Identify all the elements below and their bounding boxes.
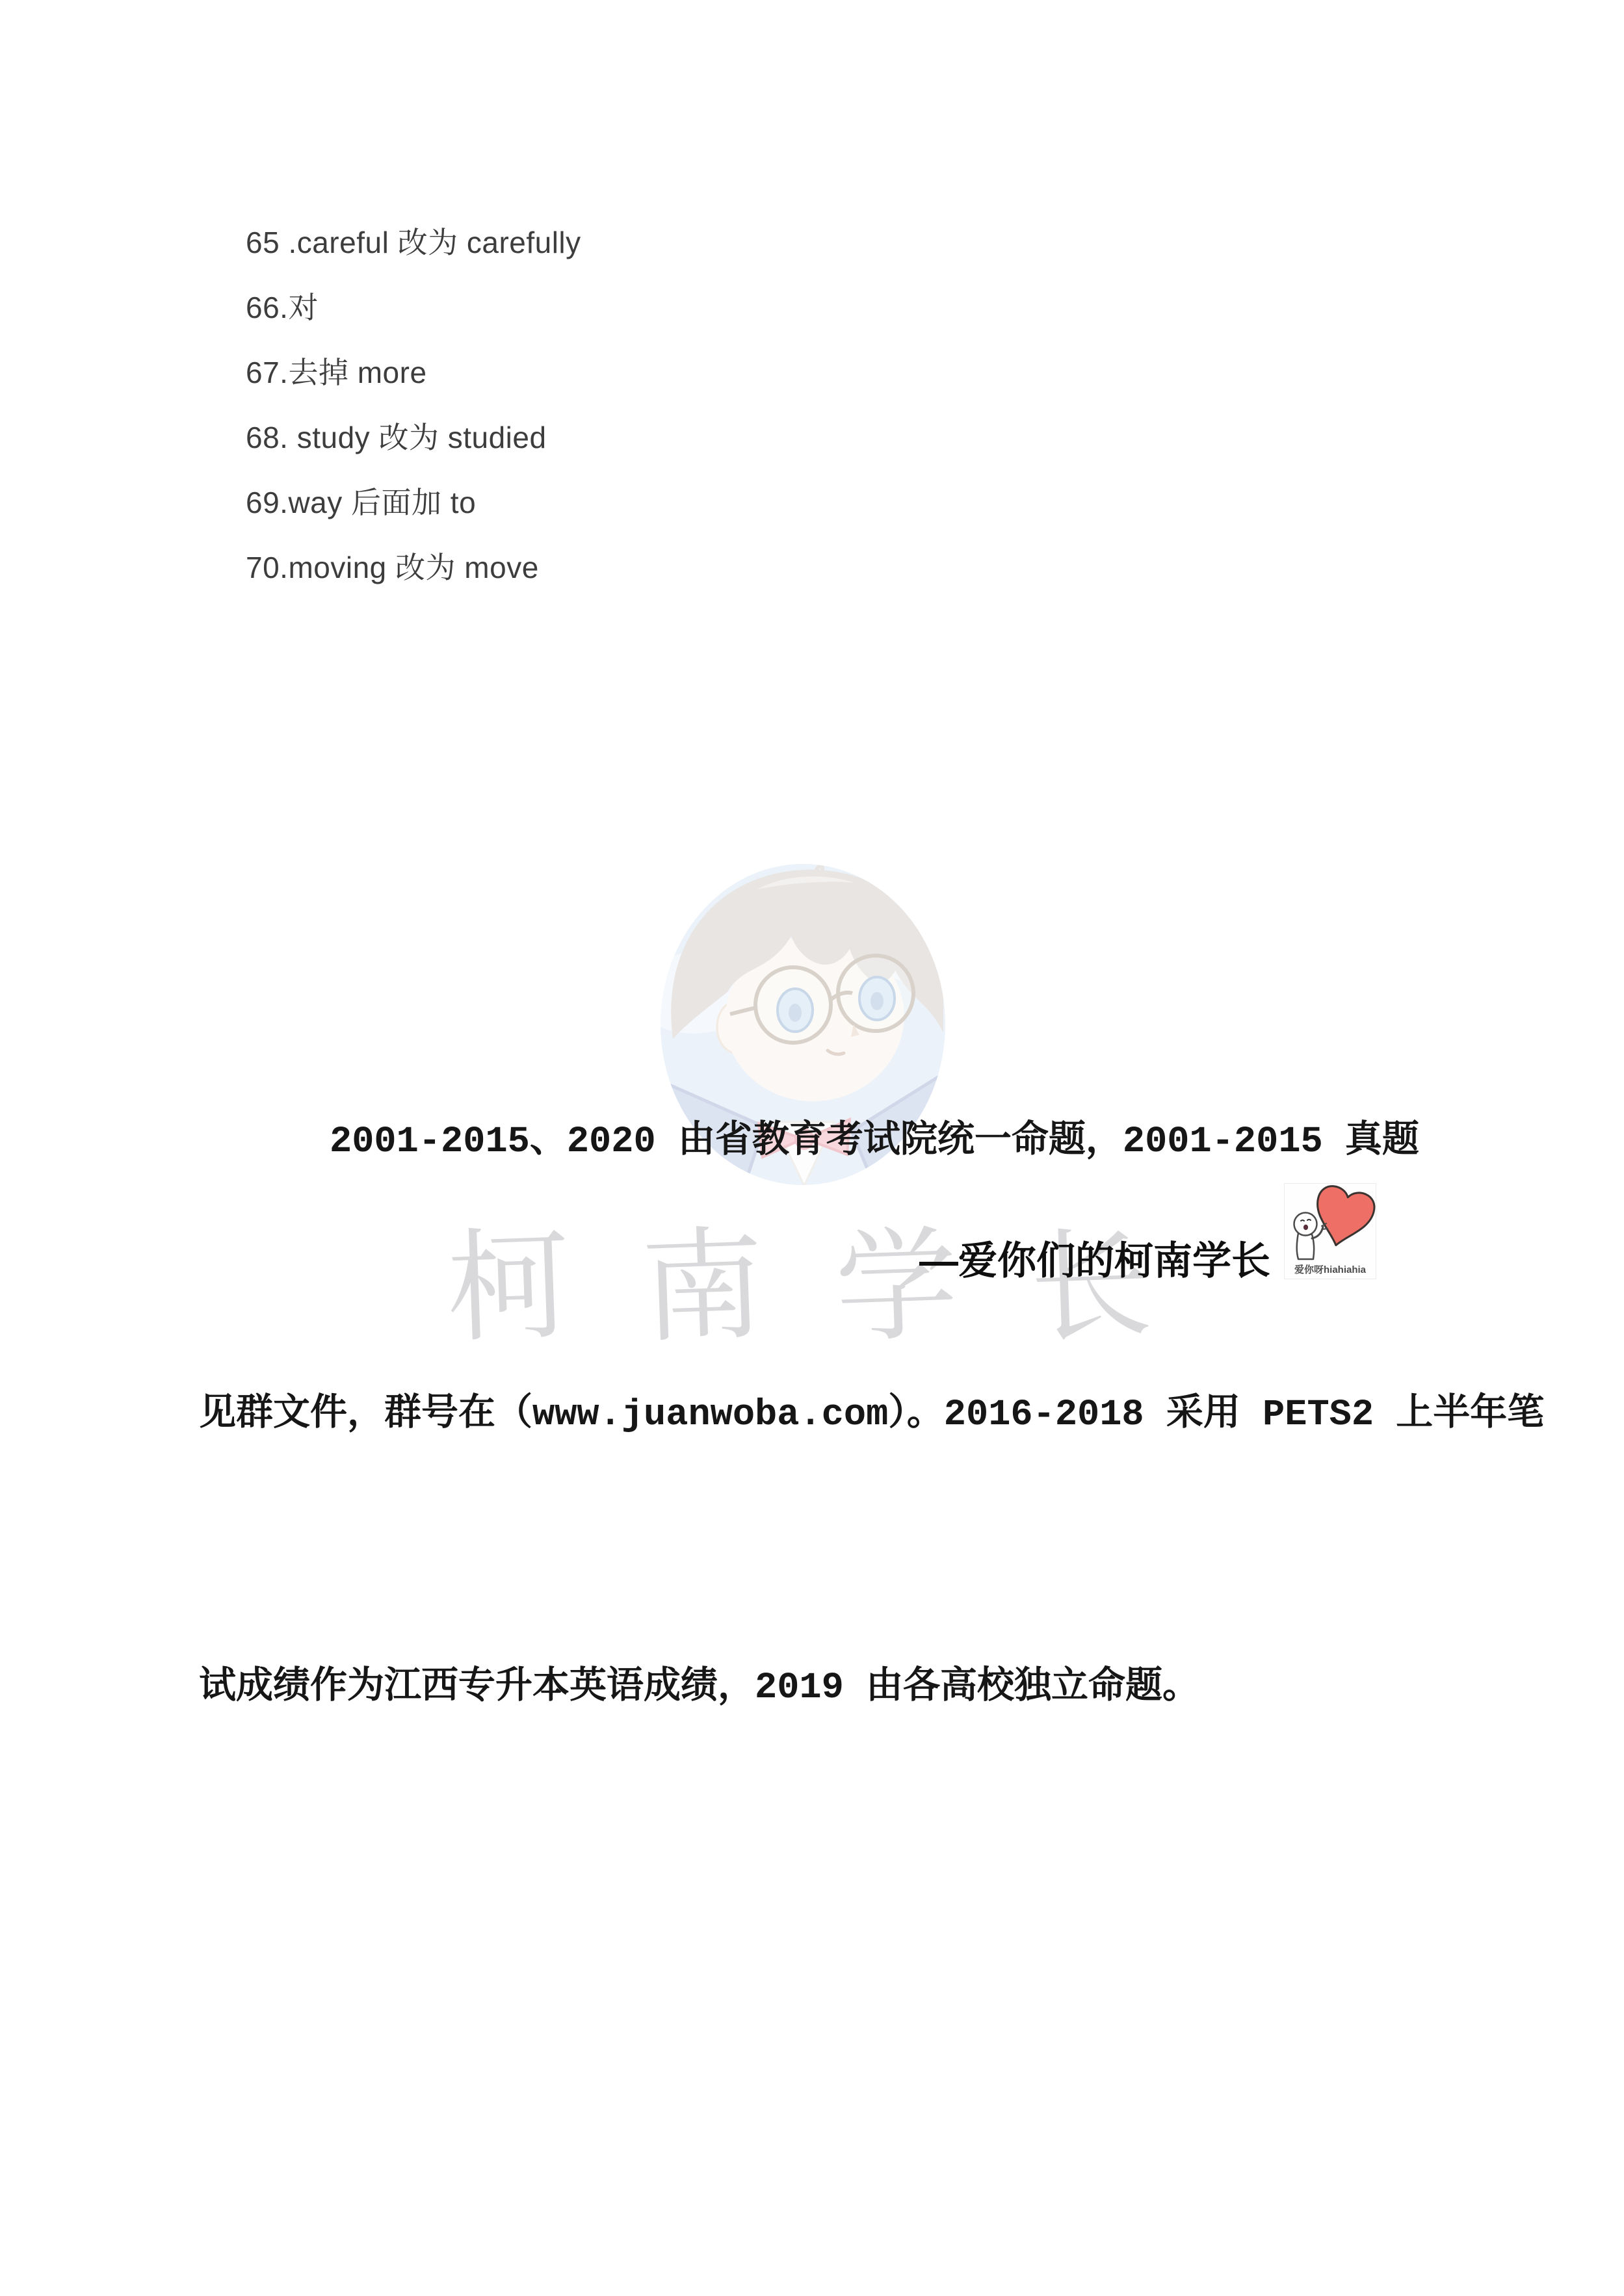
paragraph-line: 见群文件，群号在（www.juanwoba.com）。2016-2018 采用 … [199,1370,1590,1461]
paragraph-line: 2001-2015、2020 由省教育考试院统一命题，2001-2015 真题 [199,1097,1590,1188]
answer-item-70: 70.moving 改为 move [246,535,581,600]
signature-line: —爱你们的柯南学长 [919,1240,1270,1282]
paragraph-line: 试成绩作为江西专升本英语成绩，2019 由各高校独立命题。 [199,1643,1590,1734]
answers-list: 65 .careful 改为 carefully 66.对 67.去掉 more… [246,210,581,600]
answer-item-68: 68. study 改为 studied [246,405,581,470]
sticker-graphic [1285,1184,1376,1260]
answer-item-66: 66.对 [246,275,581,340]
notice-paragraph: 2001-2015、2020 由省教育考试院统一命题，2001-2015 真题 … [199,915,1590,1916]
heart-icon [1308,1184,1376,1252]
answer-item-69: 69.way 后面加 to [246,470,581,535]
sticker-caption: 爱你呀hiahiahia [1285,1262,1376,1276]
love-sticker: 爱你呀hiahiahia [1284,1183,1376,1279]
document-page: 柯 南 学 长 65 .careful 改为 carefully 66.对 67… [0,0,1624,2296]
answer-item-65: 65 .careful 改为 carefully [246,210,581,275]
answer-item-67: 67.去掉 more [246,340,581,405]
